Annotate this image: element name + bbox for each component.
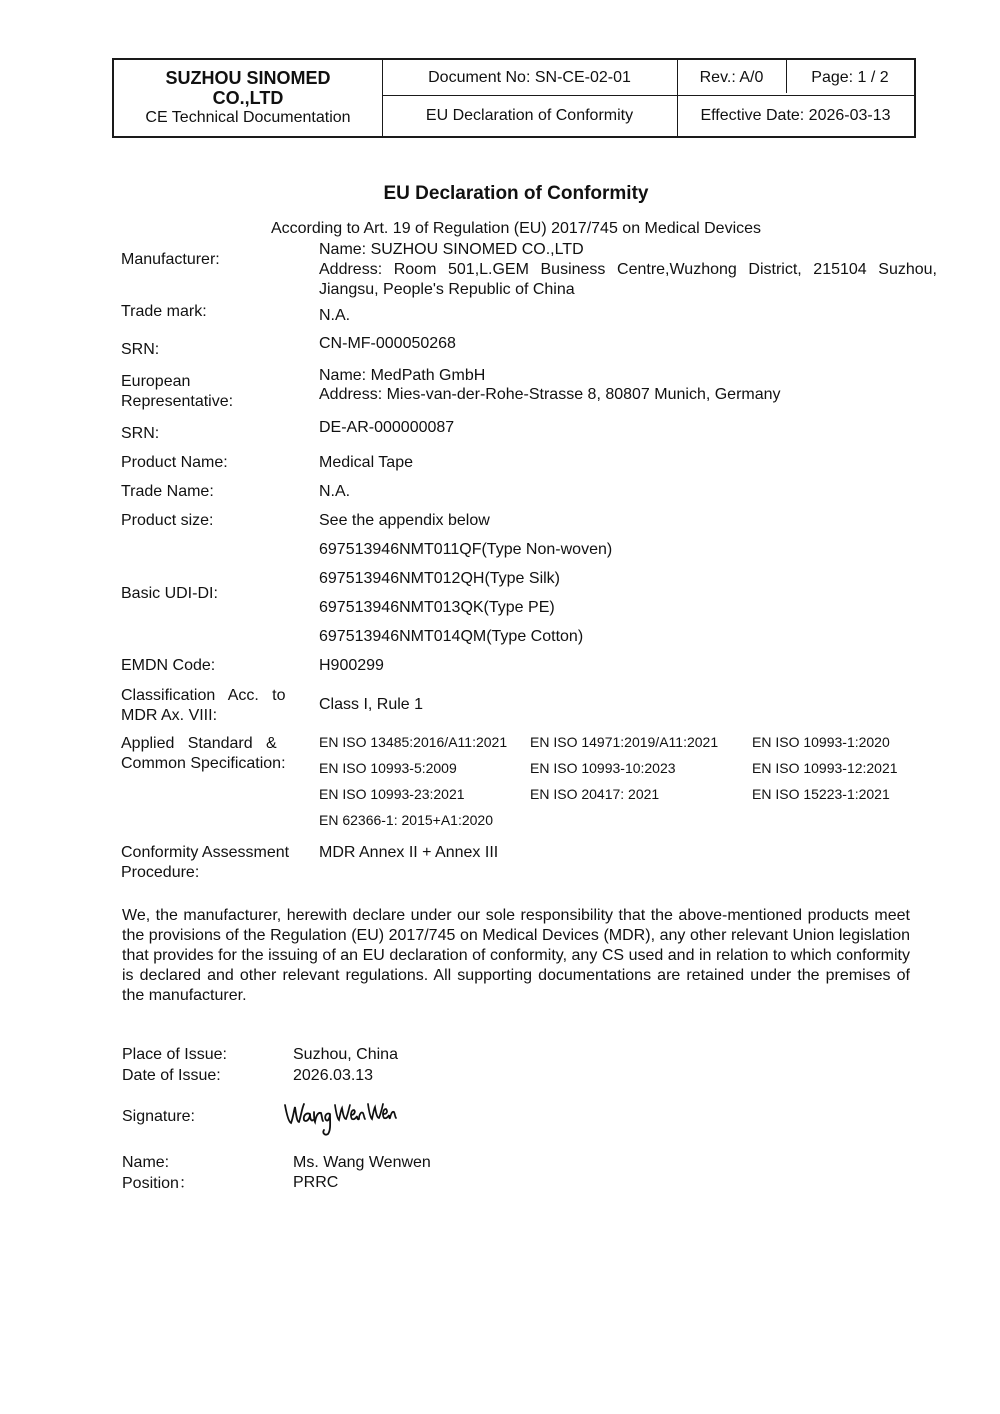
classification-label-line2: MDR Ax. VIII: (121, 706, 217, 726)
trade-mark-value: N.A. (319, 306, 350, 326)
european-rep-label-line2: Representative: (121, 392, 233, 412)
page-title: EU Declaration of Conformity (0, 183, 1000, 205)
classification-label: Classification Acc. to (121, 686, 286, 706)
manufacturer-address-line2: Jiangsu, People's Republic of China (319, 280, 575, 300)
page-subtitle: According to Art. 19 of Regulation (EU) … (0, 219, 1000, 239)
trade-mark-label: Trade mark: (121, 302, 207, 322)
classification-value: Class I, Rule 1 (319, 695, 423, 715)
standard-item: EN ISO 20417: 2021 (530, 785, 659, 803)
standard-item: EN ISO 10993-10:2023 (530, 759, 676, 777)
company-cell: SUZHOU SINOMED CO.,LTD CE Technical Docu… (114, 60, 382, 136)
document-header-table: SUZHOU SINOMED CO.,LTD CE Technical Docu… (112, 58, 916, 138)
conformity-label-line2: Procedure: (121, 863, 199, 883)
trade-name-value: N.A. (319, 482, 350, 502)
standard-item: EN ISO 13485:2016/A11:2021 (319, 733, 507, 751)
position-value: PRRC (293, 1173, 338, 1193)
basic-udi-item: 697513946NMT012QH(Type Silk) (319, 569, 560, 589)
basic-udi-label: Basic UDI-DI: (121, 584, 218, 604)
page-number: Page: 1 / 2 (786, 60, 914, 95)
name-value: Ms. Wang Wenwen (293, 1153, 431, 1173)
european-rep-label: European (121, 372, 190, 392)
srn-rep-label: SRN: (121, 424, 159, 444)
effective-date: Effective Date: 2026-03-13 (677, 96, 914, 136)
standards-label: Applied Standard & (121, 734, 277, 754)
standard-item: EN ISO 15223-1:2021 (752, 785, 890, 803)
standard-item: EN ISO 14971:2019/A11:2021 (530, 733, 718, 751)
name-label: Name: (122, 1153, 169, 1173)
basic-udi-item: 697513946NMT014QM(Type Cotton) (319, 627, 583, 647)
manufacturer-name: Name: SUZHOU SINOMED CO.,LTD (319, 240, 584, 260)
revision: Rev.: A/0 (677, 60, 786, 95)
basic-udi-item: 697513946NMT013QK(Type PE) (319, 598, 555, 618)
european-rep-address: Address: Mies-van-der-Rohe-Strasse 8, 80… (319, 385, 781, 405)
product-name-label: Product Name: (121, 453, 228, 473)
company-name-line2: CO.,LTD (213, 88, 284, 108)
trade-name-label: Trade Name: (121, 482, 214, 502)
product-name-value: Medical Tape (319, 453, 413, 473)
documentation-type: CE Technical Documentation (145, 108, 350, 128)
standard-item: EN ISO 10993-1:2020 (752, 733, 890, 751)
date-of-issue-label: Date of Issue: (122, 1066, 221, 1086)
srn-manufacturer-value: CN-MF-000050268 (319, 334, 456, 354)
date-of-issue-value: 2026.03.13 (293, 1066, 373, 1086)
handwritten-signature: Wang WenWen (282, 1098, 397, 1140)
declaration-paragraph: We, the manufacturer, herewith declare u… (122, 906, 910, 1006)
place-of-issue-value: Suzhou, China (293, 1045, 398, 1065)
product-size-value: See the appendix below (319, 511, 490, 531)
document-number: Document No: SN-CE-02-01 (382, 60, 677, 95)
signature-label: Signature: (122, 1107, 195, 1127)
european-rep-name: Name: MedPath GmbH (319, 366, 485, 386)
srn-label: SRN: (121, 340, 159, 360)
place-of-issue-label: Place of Issue: (122, 1045, 227, 1065)
standard-item: EN 62366-1: 2015+A1:2020 (319, 811, 493, 829)
emdn-label: EMDN Code: (121, 656, 215, 676)
document-title-cell: EU Declaration of Conformity (382, 96, 677, 136)
emdn-value: H900299 (319, 656, 384, 676)
standards-label-line2: Common Specification: (121, 754, 286, 774)
srn-rep-value: DE-AR-000000087 (319, 418, 454, 438)
standard-item: EN ISO 10993-23:2021 (319, 785, 465, 803)
conformity-label: Conformity Assessment (121, 843, 289, 863)
manufacturer-label: Manufacturer: (121, 250, 220, 270)
standard-item: EN ISO 10993-5:2009 (319, 759, 457, 777)
conformity-value: MDR Annex II + Annex III (319, 843, 498, 863)
manufacturer-address: Address: Room 501,L.GEM Business Centre,… (319, 260, 937, 280)
basic-udi-item: 697513946NMT011QF(Type Non-woven) (319, 540, 612, 560)
position-label: Position： (122, 1174, 195, 1194)
company-name: SUZHOU SINOMED (165, 68, 330, 88)
standard-item: EN ISO 10993-12:2021 (752, 759, 898, 777)
product-size-label: Product size: (121, 511, 213, 531)
